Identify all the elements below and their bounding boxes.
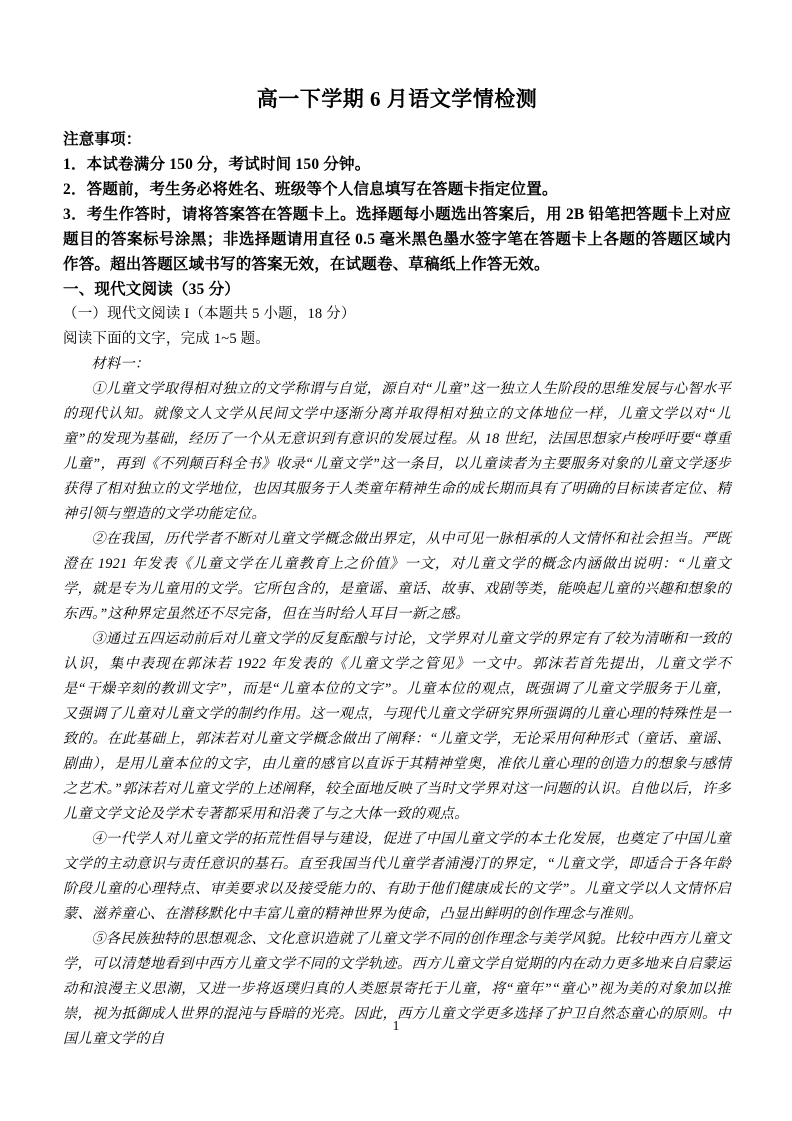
- notice-item-2: 2．答题前，考生务必将姓名、班级等个人信息填写在答题卡指定位置。: [63, 177, 731, 202]
- material-paragraph-3: ③通过五四运动前后对儿童文学的反复酝酿与讨论，文学界对儿童文学的界定有了较为清晰…: [63, 627, 731, 827]
- subsection-heading: （一）现代文阅读 I（本题共 5 小题，18 分）: [63, 302, 731, 327]
- notice-section: 注意事项： 1．本试卷满分 150 分，考试时间 150 分钟。 2．答题前，考…: [63, 127, 731, 277]
- notice-item-1: 1．本试卷满分 150 分，考试时间 150 分钟。: [63, 152, 731, 177]
- material-paragraph-1: ①儿童文学取得相对独立的文学称谓与自觉，源自对“儿童”这一独立人生阶段的思维发展…: [63, 377, 731, 527]
- reading-instruction: 阅读下面的文字，完成 1~5 题。: [63, 327, 731, 352]
- notice-item-3: 3．考生作答时，请将答案答在答题卡上。选择题每小题选出答案后，用 2B 铅笔把答…: [63, 202, 731, 277]
- reading-section: 一、现代文阅读（35 分） （一）现代文阅读 I（本题共 5 小题，18 分） …: [63, 277, 731, 352]
- exam-paper-page: 高一下学期 6 月语文学情检测 注意事项： 1．本试卷满分 150 分，考试时间…: [0, 0, 792, 1121]
- page-title: 高一下学期 6 月语文学情检测: [63, 84, 731, 114]
- page-number: 1: [0, 1017, 792, 1035]
- material-one: 材料一： ①儿童文学取得相对独立的文学称谓与自觉，源自对“儿童”这一独立人生阶段…: [63, 352, 731, 1052]
- material-label: 材料一：: [63, 352, 731, 377]
- material-paragraph-4: ④一代学人对儿童文学的拓荒性倡导与建设，促进了中国儿童文学的本土化发展，也奠定了…: [63, 827, 731, 927]
- material-paragraph-2: ②在我国，历代学者不断对儿童文学概念做出界定，从中可见一脉相承的人文情怀和社会担…: [63, 527, 731, 627]
- page-content: 高一下学期 6 月语文学情检测 注意事项： 1．本试卷满分 150 分，考试时间…: [63, 84, 731, 1052]
- section-heading: 一、现代文阅读（35 分）: [63, 277, 731, 302]
- notice-heading: 注意事项：: [63, 127, 731, 152]
